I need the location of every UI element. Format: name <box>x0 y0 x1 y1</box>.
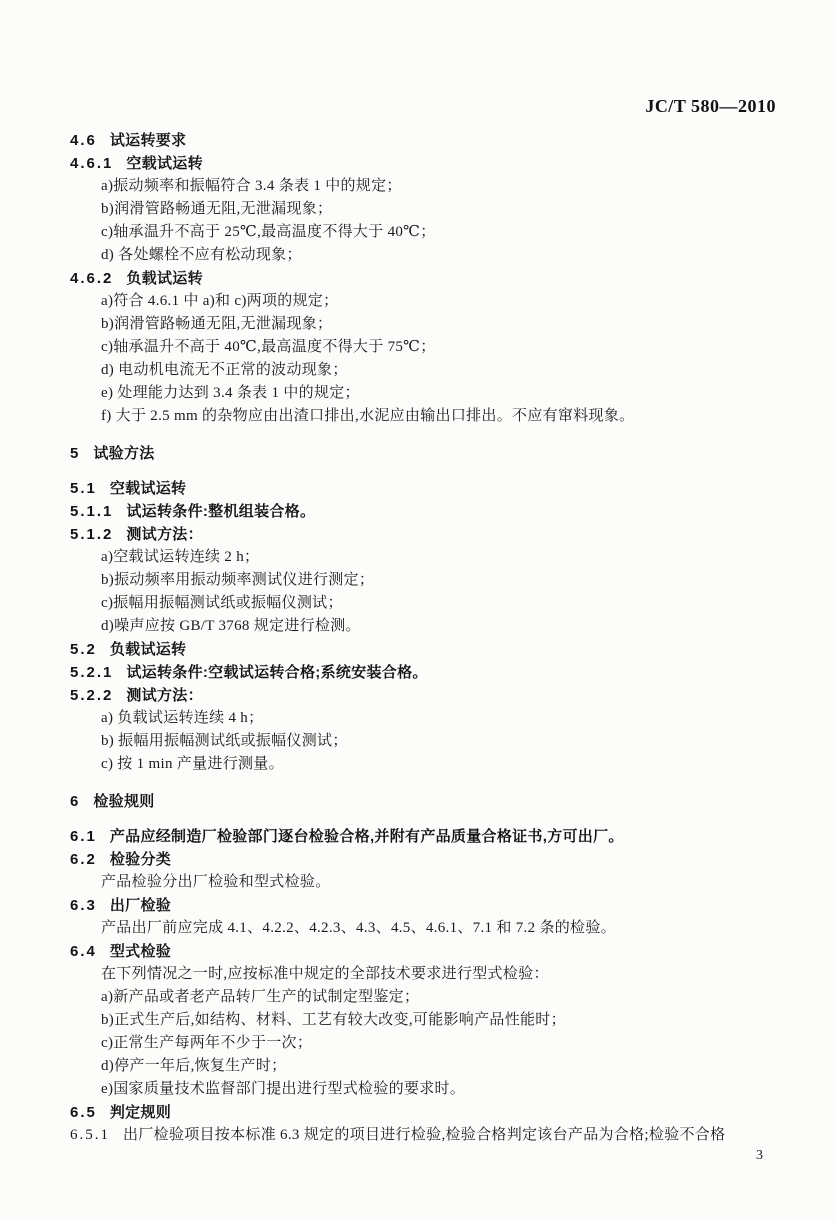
clause-number: 6.3 <box>70 894 97 917</box>
clause-text: c)轴承温升不高于 40℃,最高温度不得大于 75℃； <box>101 339 436 355</box>
list-item: a)新产品或者老产品转厂生产的试制定型鉴定； <box>70 986 779 1009</box>
clause-6.5.1: 6.5.1出厂检验项目按本标准 6.3 规定的项目进行检验,检验合格判定该台产品… <box>70 1124 779 1147</box>
heading-5.2.1: 5.2.1试运转条件:空载试运转合格;系统安装合格。 <box>70 661 779 684</box>
list-item: a)符合 4.6.1 中 a)和 c)两项的规定； <box>70 290 779 313</box>
list-item: c)正常生产每两年不少于一次； <box>70 1032 779 1055</box>
clause-text: b)润滑管路畅通无阻,无泄漏现象； <box>101 316 332 332</box>
clause-text: 空载试运转 <box>110 480 187 497</box>
clause-text: e) 处理能力达到 3.4 条表 1 中的规定； <box>101 385 360 401</box>
paragraph: 在下列情况之一时,应按标准中规定的全部技术要求进行型式检验： <box>70 963 779 986</box>
clause-text: 在下列情况之一时,应按标准中规定的全部技术要求进行型式检验： <box>101 966 549 982</box>
list-item: c)轴承温升不高于 25℃,最高温度不得大于 40℃； <box>70 221 779 244</box>
paragraph: 产品检验分出厂检验和型式检验。 <box>70 871 779 894</box>
clause-text: 空载试运转 <box>126 155 203 172</box>
clause-number: 4.6.1 <box>70 152 113 175</box>
clause-text: 负载试运转 <box>126 270 203 287</box>
clause-number: 4.6.2 <box>70 267 113 290</box>
list-item: c) 按 1 min 产量进行测量。 <box>70 753 779 776</box>
clause-text: 出厂检验项目按本标准 6.3 规定的项目进行检验,检验合格判定该台产品为合格;检… <box>123 1127 725 1143</box>
list-item: e) 处理能力达到 3.4 条表 1 中的规定； <box>70 382 779 405</box>
clause-number: 5.1.2 <box>70 523 113 546</box>
clause-number: 5.2.1 <box>70 661 113 684</box>
clause-text: a)新产品或者老产品转厂生产的试制定型鉴定； <box>101 989 419 1005</box>
clause-number: 6.1 <box>70 825 97 848</box>
clause-number: 6.4 <box>70 940 97 963</box>
list-item: c)振幅用振幅测试纸或振幅仪测试； <box>70 592 779 615</box>
clause-number: 5.1 <box>70 477 97 500</box>
heading-4.6: 4.6试运转要求 <box>70 129 779 152</box>
paragraph: 产品出厂前应完成 4.1、4.2.2、4.2.3、4.3、4.5、4.6.1、7… <box>70 917 779 940</box>
list-item: b)振动频率用振动频率测试仪进行测定； <box>70 569 779 592</box>
list-item: d)噪声应按 GB/T 3768 规定进行检测。 <box>70 615 779 638</box>
heading-4.6.1: 4.6.1空载试运转 <box>70 152 779 175</box>
clause-number: 6.5.1 <box>70 1124 110 1147</box>
clause-text: d)停产一年后,恢复生产时； <box>101 1058 286 1074</box>
clause-text: 检验分类 <box>110 851 171 868</box>
clause-text: d) 各处螺栓不应有松动现象； <box>101 247 302 263</box>
clause-text: a)振动频率和振幅符合 3.4 条表 1 中的规定； <box>101 178 402 194</box>
clause-text: 测试方法： <box>126 526 203 543</box>
list-item: e)国家质量技术监督部门提出进行型式检验的要求时。 <box>70 1078 779 1101</box>
page-number: 3 <box>756 1146 763 1166</box>
clause-number: 6 <box>70 790 80 813</box>
list-item: d) 电动机电流无不正常的波动现象； <box>70 359 779 382</box>
clause-text: 试运转要求 <box>110 132 187 149</box>
clause-text: c)正常生产每两年不少于一次； <box>101 1035 312 1051</box>
heading-6.5: 6.5判定规则 <box>70 1101 779 1124</box>
heading-5.1.2: 5.1.2测试方法： <box>70 523 779 546</box>
list-item: d)停产一年后,恢复生产时； <box>70 1055 779 1078</box>
clause-text: 试运转条件:空载试运转合格;系统安装合格。 <box>126 664 427 681</box>
clause-text: c)振幅用振幅测试纸或振幅仪测试； <box>101 595 343 611</box>
document-body: 4.6试运转要求4.6.1空载试运转a)振动频率和振幅符合 3.4 条表 1 中… <box>70 129 779 1147</box>
list-item: b)润滑管路畅通无阻,无泄漏现象； <box>70 198 779 221</box>
clause-number: 4.6 <box>70 129 97 152</box>
document-page: JC/T 580—2010 4.6试运转要求4.6.1空载试运转a)振动频率和振… <box>0 0 837 1222</box>
clause-number: 5.2.2 <box>70 684 113 707</box>
clause-text: 试验方法 <box>93 445 154 462</box>
clause-text: b) 振幅用振幅测试纸或振幅仪测试； <box>101 733 348 749</box>
clause-text: 产品检验分出厂检验和型式检验。 <box>101 874 331 890</box>
clause-text: 检验规则 <box>93 793 154 810</box>
heading-6.4: 6.4型式检验 <box>70 940 779 963</box>
heading-5.1: 5.1空载试运转 <box>70 477 779 500</box>
list-item: b)润滑管路畅通无阻,无泄漏现象； <box>70 313 779 336</box>
clause-number: 5.2 <box>70 638 97 661</box>
clause-text: 型式检验 <box>110 943 171 960</box>
standard-number-header: JC/T 580—2010 <box>645 96 776 117</box>
clause-text: b)润滑管路畅通无阻,无泄漏现象； <box>101 201 332 217</box>
clause-text: b)振动频率用振动频率测试仪进行测定； <box>101 572 374 588</box>
clause-number: 5.1.1 <box>70 500 113 523</box>
chapter-heading-5: 5试验方法 <box>70 442 779 465</box>
heading-5.1.1: 5.1.1试运转条件:整机组装合格。 <box>70 500 779 523</box>
clause-text: 出厂检验 <box>110 897 171 914</box>
heading-6.1: 6.1产品应经制造厂检验部门逐台检验合格,并附有产品质量合格证书,方可出厂。 <box>70 825 779 848</box>
clause-text: 试运转条件:整机组装合格。 <box>126 503 315 520</box>
clause-text: 产品应经制造厂检验部门逐台检验合格,并附有产品质量合格证书,方可出厂。 <box>110 828 624 845</box>
clause-text: a)空载试运转连续 2 h； <box>101 549 259 565</box>
clause-text: 负载试运转 <box>110 641 187 658</box>
clause-text: a)符合 4.6.1 中 a)和 c)两项的规定； <box>101 293 338 309</box>
list-item: a)振动频率和振幅符合 3.4 条表 1 中的规定； <box>70 175 779 198</box>
list-item: f) 大于 2.5 mm 的杂物应由出渣口排出,水泥应由输出口排出。不应有窜料现… <box>70 405 779 428</box>
clause-number: 5 <box>70 442 80 465</box>
heading-5.2.2: 5.2.2测试方法： <box>70 684 779 707</box>
list-item: d) 各处螺栓不应有松动现象； <box>70 244 779 267</box>
clause-text: d) 电动机电流无不正常的波动现象； <box>101 362 348 378</box>
heading-6.2: 6.2检验分类 <box>70 848 779 871</box>
clause-text: b)正式生产后,如结构、材料、工艺有较大改变,可能影响产品性能时； <box>101 1012 566 1028</box>
clause-text: 判定规则 <box>110 1104 171 1121</box>
clause-text: f) 大于 2.5 mm 的杂物应由出渣口排出,水泥应由输出口排出。不应有窜料现… <box>101 408 634 424</box>
clause-text: c)轴承温升不高于 25℃,最高温度不得大于 40℃； <box>101 224 436 240</box>
clause-text: c) 按 1 min 产量进行测量。 <box>101 756 284 772</box>
list-item: b) 振幅用振幅测试纸或振幅仪测试； <box>70 730 779 753</box>
heading-6.3: 6.3出厂检验 <box>70 894 779 917</box>
clause-text: e)国家质量技术监督部门提出进行型式检验的要求时。 <box>101 1081 465 1097</box>
heading-5.2: 5.2负载试运转 <box>70 638 779 661</box>
list-item: c)轴承温升不高于 40℃,最高温度不得大于 75℃； <box>70 336 779 359</box>
clause-text: 产品出厂前应完成 4.1、4.2.2、4.2.3、4.3、4.5、4.6.1、7… <box>101 920 616 936</box>
clause-text: a) 负载试运转连续 4 h； <box>101 710 263 726</box>
clause-number: 6.2 <box>70 848 97 871</box>
list-item: b)正式生产后,如结构、材料、工艺有较大改变,可能影响产品性能时； <box>70 1009 779 1032</box>
clause-text: 测试方法： <box>126 687 203 704</box>
list-item: a) 负载试运转连续 4 h； <box>70 707 779 730</box>
list-item: a)空载试运转连续 2 h； <box>70 546 779 569</box>
clause-number: 6.5 <box>70 1101 97 1124</box>
clause-text: d)噪声应按 GB/T 3768 规定进行检测。 <box>101 618 361 634</box>
chapter-heading-6: 6检验规则 <box>70 790 779 813</box>
heading-4.6.2: 4.6.2负载试运转 <box>70 267 779 290</box>
